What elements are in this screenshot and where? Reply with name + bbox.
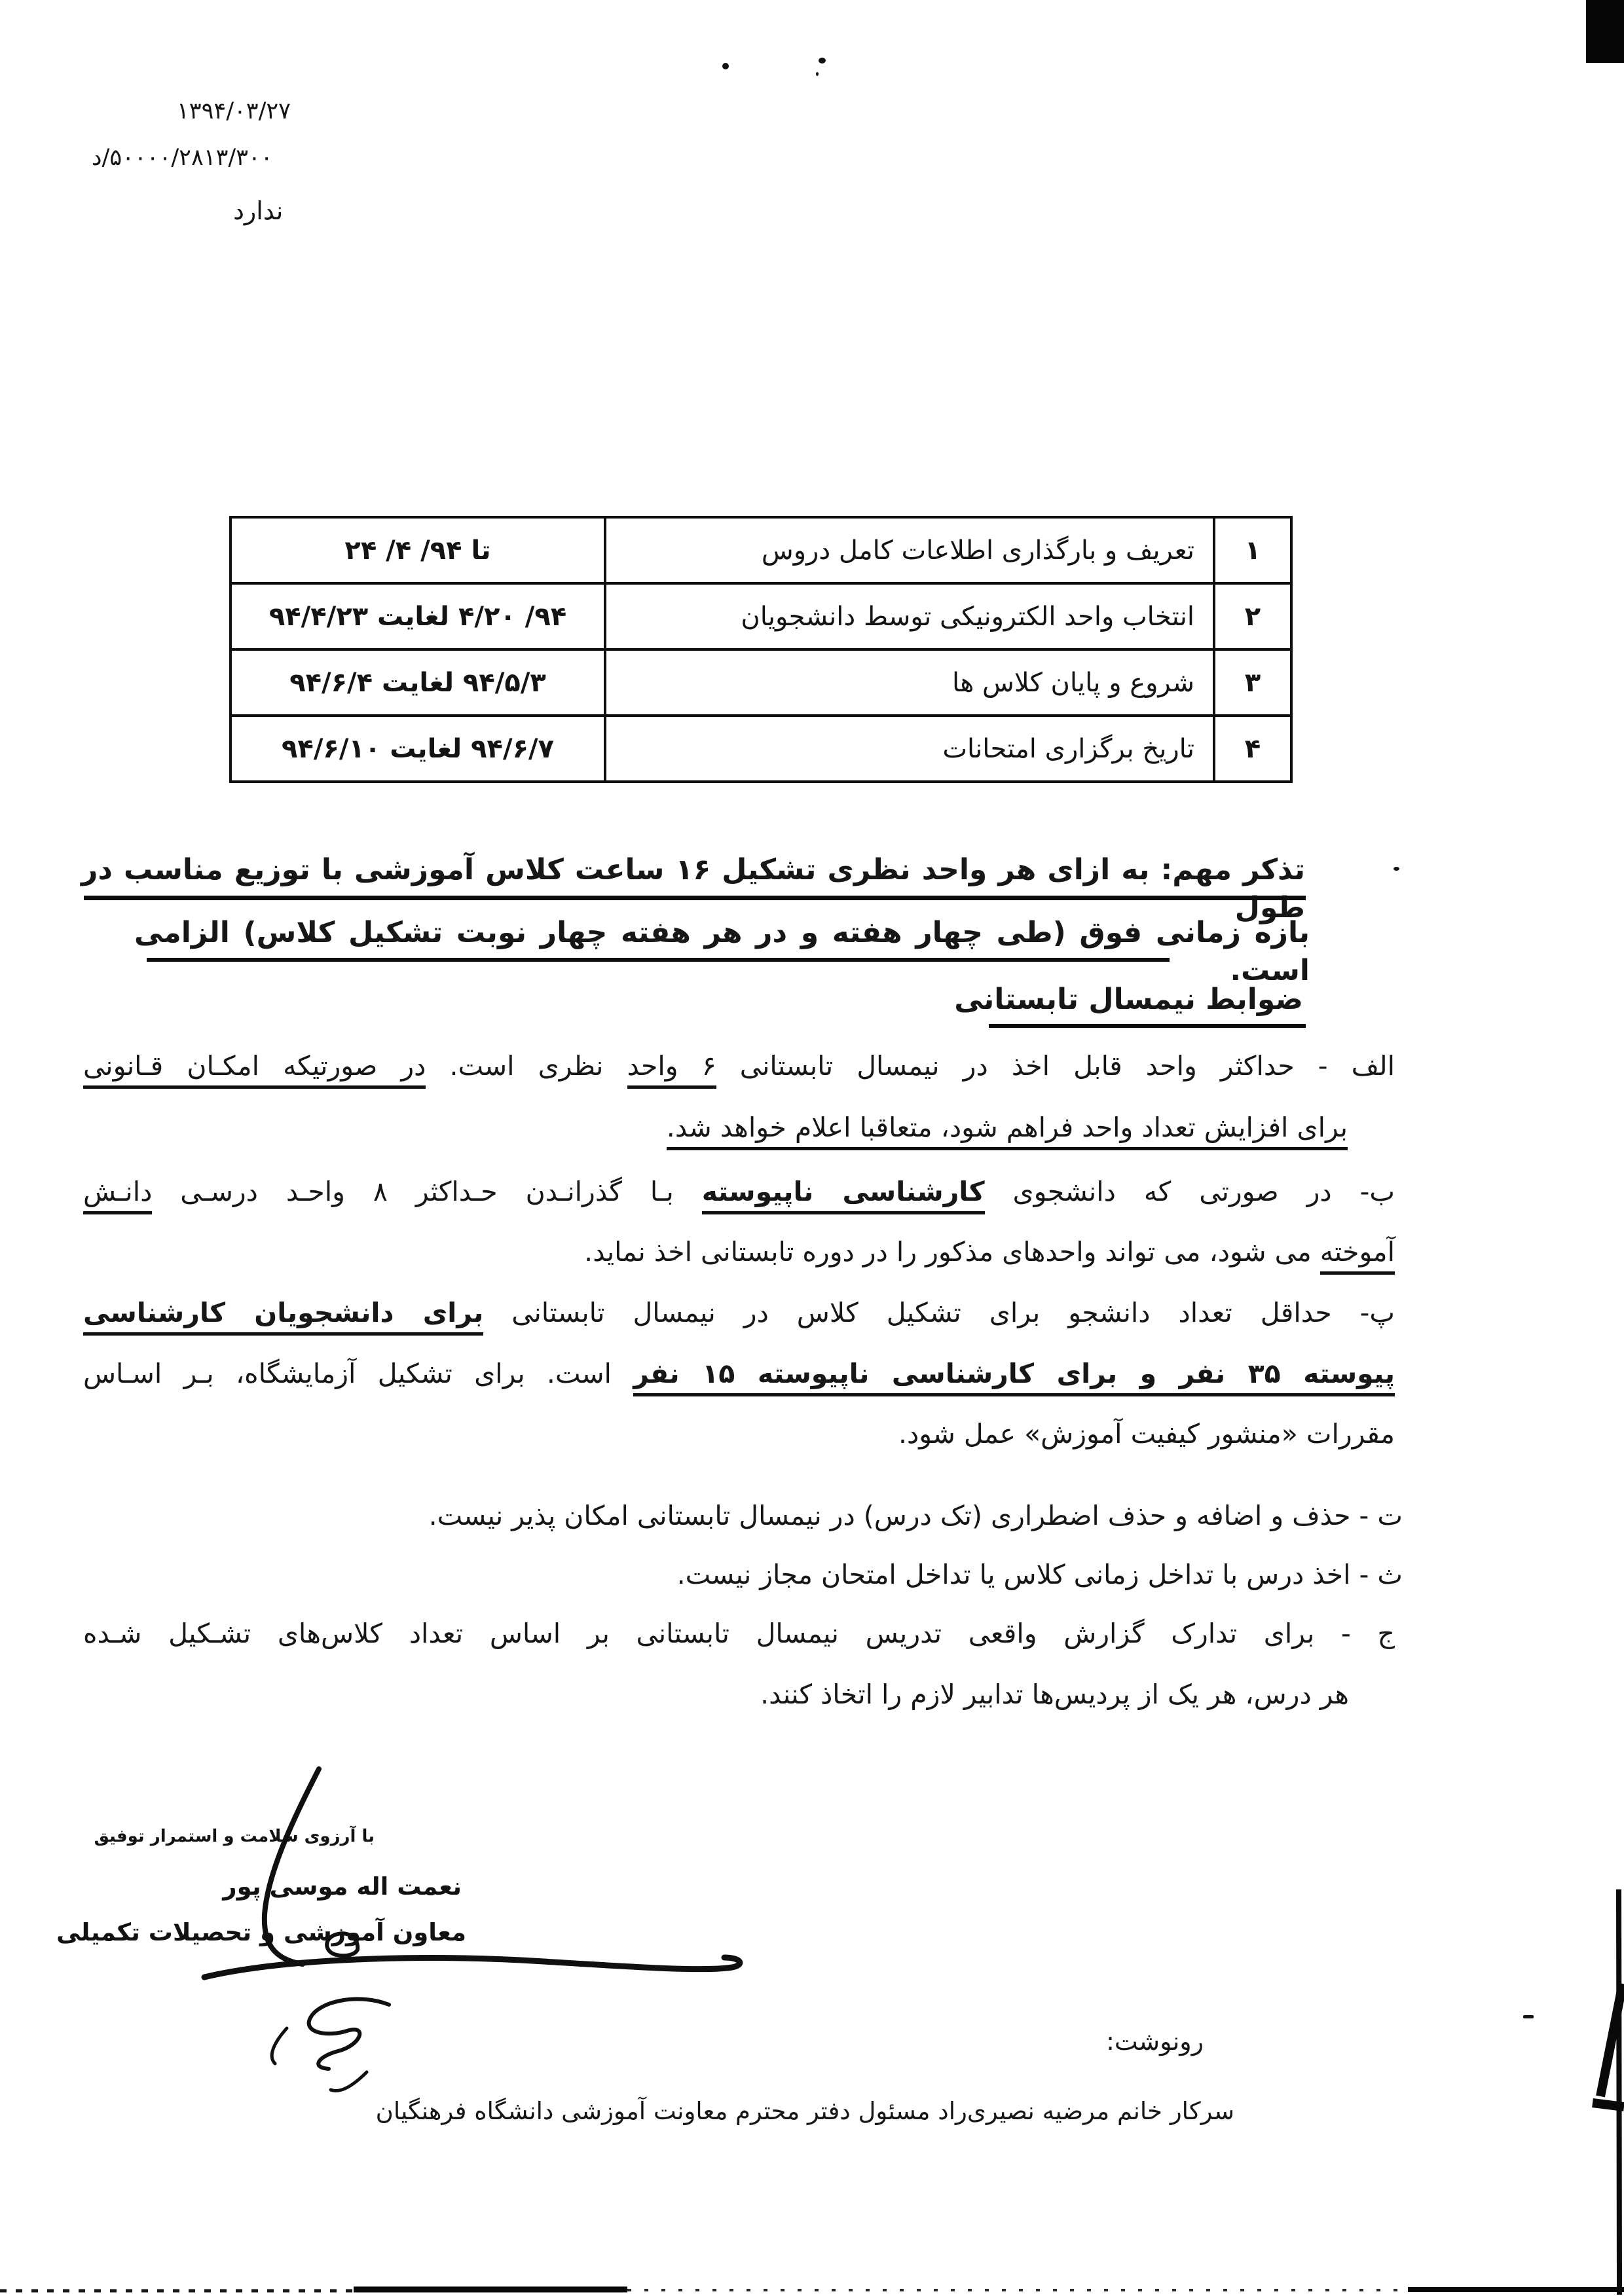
rule-alef-text: نظری است. [426,1050,627,1082]
rule-alef-line-2: برای افزایش تعداد واحد فراهم شود، متعاقب… [667,1108,1348,1146]
heading-underline [989,1024,1306,1028]
row-period-cell: ۹۴/۵/۳ لغایت ۹۴/۶/۴ [231,649,605,716]
ink-speck [1523,2015,1534,2018]
row-title-cell: تاریخ برگزاری امتحانات [605,716,1214,782]
important-notice-line-1: تذکر مهم: به ازای هر واحد نظری تشکیل ۱۶ … [81,851,1305,889]
rule-jim-line-1: ج - برای تدارک گزارش واقعی تدریس نیمسال … [83,1614,1395,1652]
rule-jim-line-2: هر درس، هر یک از پردیس‌ها تدابیر لازم را… [760,1675,1349,1713]
rule-pe-underlined-min-count: پیوسته ۳۵ نفر و برای کارشناسی ناپیوسته ۱… [633,1358,1395,1396]
signature-scribble [309,1999,389,2069]
letterhead-attachment-value: ندارد [233,196,283,225]
rule-alef-underlined-clause: در صورتیکه امکـان قـانونی [83,1050,426,1089]
ink-speck [722,63,729,69]
rule-pe-line-1: پ- حداقل تعداد دانشجو برای تشکیل کلاس در… [83,1294,1395,1332]
row-number-cell: ۱ [1214,517,1291,583]
rule-be-underlined-program: کارشناسی ناپیوسته [702,1176,985,1214]
rule-alef-text: الف - حداکثر واحد قابل اخذ در نیمسال تاب… [716,1050,1395,1082]
rule-be-text: می شود، می تواند واحدهای مذکور را در دور… [584,1236,1320,1267]
notice-underline [84,896,1306,900]
copy-to-recipient-line: سرکار خانم مرضیه نصیری‌راد مسئول دفتر مح… [376,2097,1234,2125]
schedule-table: ۱ تعریف و بارگذاری اطلاعات کامل دروس تا … [229,516,1293,783]
row-period-cell: ۹۴/ ۴/۲۰ لغایت ۹۴/۴/۲۳ [231,583,605,649]
rule-pe-line-2: پیوسته ۳۵ نفر و برای کارشناسی ناپیوسته ۱… [83,1355,1395,1393]
rule-pe-line-3: مقررات «منشور کیفیت آموزش» عمل شود. [898,1415,1395,1453]
rule-alef-line-1: الف - حداکثر واحد قابل اخذ در نیمسال تاب… [83,1047,1395,1085]
rule-alef-underlined-continuation: برای افزایش تعداد واحد فراهم شود، متعاقب… [667,1112,1348,1150]
row-number-cell: ۳ [1214,649,1291,716]
row-number-cell: ۴ [1214,716,1291,782]
row-period-cell: ۹۴/۶/۷ لغایت ۹۴/۶/۱۰ [231,716,605,782]
rule-be-underlined-word: دانـش [83,1176,152,1214]
letterhead-date-value: ۱۳۹۴/۰۳/۲۷ [177,98,291,124]
signature-wish-line: با آرزوی سلامت و استمرار توفیق [94,1827,375,1846]
rule-pe-text: است. برای تشکیل آزمایشگاه، بـر اسـاس [83,1358,633,1389]
section-heading: ضوابط نیمسال تابستانی [954,981,1303,1019]
rule-be-underlined-word: آموخته [1320,1236,1395,1275]
table-row: ۱ تعریف و بارگذاری اطلاعات کامل دروس تا … [231,517,1291,583]
ink-speck [819,58,826,64]
scanned-letter-page: ۱۳۹۴/۰۳/۲۷ ۵۰۰۰۰/۲۸۱۳/۳۰۰/د ندارد ۱ تعری… [0,0,1624,2296]
scan-corner-box [1586,0,1624,63]
rule-se-line: ث - اخذ درس با تداخل زمانی کلاس یا تداخل… [677,1556,1403,1594]
rule-pe-text: پ- حداقل تعداد دانشجو برای تشکیل کلاس در… [483,1297,1395,1328]
row-title-cell: تعریف و بارگذاری اطلاعات کامل دروس [605,517,1214,583]
row-number-cell: ۲ [1214,583,1291,649]
rule-be-line-1: ب- در صورتی که دانشجوی کارشناسی ناپیوسته… [83,1173,1395,1211]
table-row: ۴ تاریخ برگزاری امتحانات ۹۴/۶/۷ لغایت ۹۴… [231,716,1291,782]
row-title-cell: شروع و پایان کلاس ها [605,649,1214,716]
row-period-cell: تا ۹۴/ ۴/ ۲۴ [231,517,605,583]
table-row: ۲ انتخاب واحد الکترونیکی توسط دانشجویان … [231,583,1291,649]
numeral-4-mark [1593,2103,1624,2107]
rule-be-text: ب- در صورتی که دانشجوی [985,1176,1395,1207]
row-title-cell: انتخاب واحد الکترونیکی توسط دانشجویان [605,583,1214,649]
signatory-title: معاون آموزشی و تحصیلات تکمیلی [56,1918,466,1946]
rule-te-line: ت - حذف و اضافه و حذف اضطراری (تک درس) د… [429,1497,1403,1535]
ink-speck [816,72,819,76]
ink-speck [1393,867,1399,871]
signatory-name: نعمت اله موسی پور [223,1872,462,1901]
table-row: ۳ شروع و پایان کلاس ها ۹۴/۵/۳ لغایت ۹۴/۶… [231,649,1291,716]
important-notice-line-2: بازه زمانی فوق (طی چهار هفته و در هر هفت… [134,914,1310,952]
notice-underline [147,958,1170,962]
signature-scribble [272,2028,367,2090]
numeral-4-mark [1600,1984,1623,2096]
copy-to-label: رونوشت: [1106,2027,1204,2056]
rule-be-text: بـا گذرانـدن حـداکثر ۸ واحـد درسـی [152,1176,701,1207]
page-edge-line [1619,1889,1619,2295]
rule-alef-underlined-units: ۶ واحد [627,1050,716,1089]
signature-flourish [204,1958,740,1977]
rule-be-line-2: آموخته می شود، می تواند واحدهای مذکور را… [584,1233,1395,1271]
letterhead-ref-number-value: ۵۰۰۰۰/۲۸۱۳/۳۰۰/د [92,145,273,171]
rule-pe-underlined-min-count: برای دانشجویان کارشناسی [83,1297,483,1336]
